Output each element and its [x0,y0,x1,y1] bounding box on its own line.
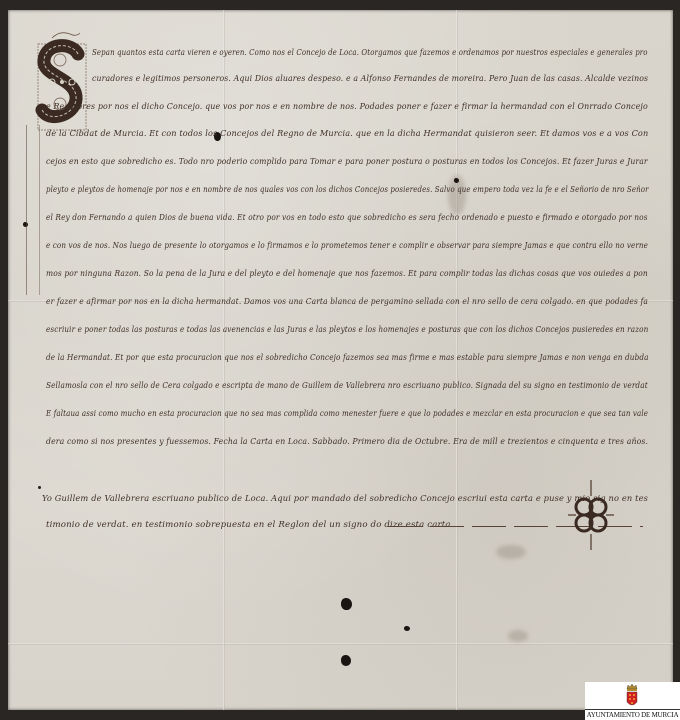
manuscript-line-1: Sepan quantos esta carta vieren e oyeren… [92,48,648,58]
fold-crease-horizontal [8,643,673,645]
institution-name: AYUNTAMIENTO DE MURCIA [585,709,680,719]
parchment-sheet: Sepan quantos esta carta vieren e oyeren… [8,10,673,710]
manuscript-line-12: de la Hermandat. Et por que esta procura… [46,353,649,363]
manuscript-line-3: e Regidores por nos el dicho Concejo. qu… [46,102,648,112]
notary-signum-icon [568,480,614,550]
manuscript-line-6: pleyto e pleytos de homenaje por nos e e… [46,185,649,195]
manuscript-line-10: er fazer e afirmar por nos en la dicha h… [46,297,648,307]
manuscript-line-8: e con vos de nos. Nos luego de presente … [46,241,648,251]
manuscript-line-14: E faltaua assi como mucho en esta procur… [46,409,648,419]
manuscript-line-11: escriuir e poner todas las posturas e to… [46,325,648,335]
notary-subscription-line-2: timonio de verdat. en testimonio sobrepu… [46,520,454,530]
manuscript-line-9: mos por ninguna Razon. So la pena de la … [46,269,648,279]
notary-subscription-line-1: Yo Guillem de Vallebrera escriuano publi… [42,494,648,504]
parchment-hole [341,598,352,610]
parchment-hole [341,655,351,666]
illuminated-initial-s-icon [32,32,90,132]
manuscript-line-4: de la Cibdat de Murcia. Et con todos los… [46,129,648,139]
parchment-hole [404,626,410,631]
stain [496,545,526,559]
stain [508,630,528,642]
parchment-hole [454,178,459,183]
ayuntamiento-murcia-logo: AYUNTAMIENTO DE MURCIA [585,682,680,720]
initial-border-decoration [26,125,40,295]
murcia-coat-of-arms-icon [625,684,639,708]
manuscript-line-2: curadores e legitimos personeros. Aqui D… [92,74,648,84]
manuscript-line-7: el Rey don Fernando a quien Dios de buen… [46,213,648,223]
manuscript-line-15: dera como si nos presentes y fuessemos. … [46,437,648,447]
manuscript-line-13: Sellamosla con el nro sello de Cera colg… [46,381,648,391]
manuscript-line-5: cejos en esto que sobredicho es. Todo nr… [46,157,648,167]
ink-mark [38,486,41,489]
